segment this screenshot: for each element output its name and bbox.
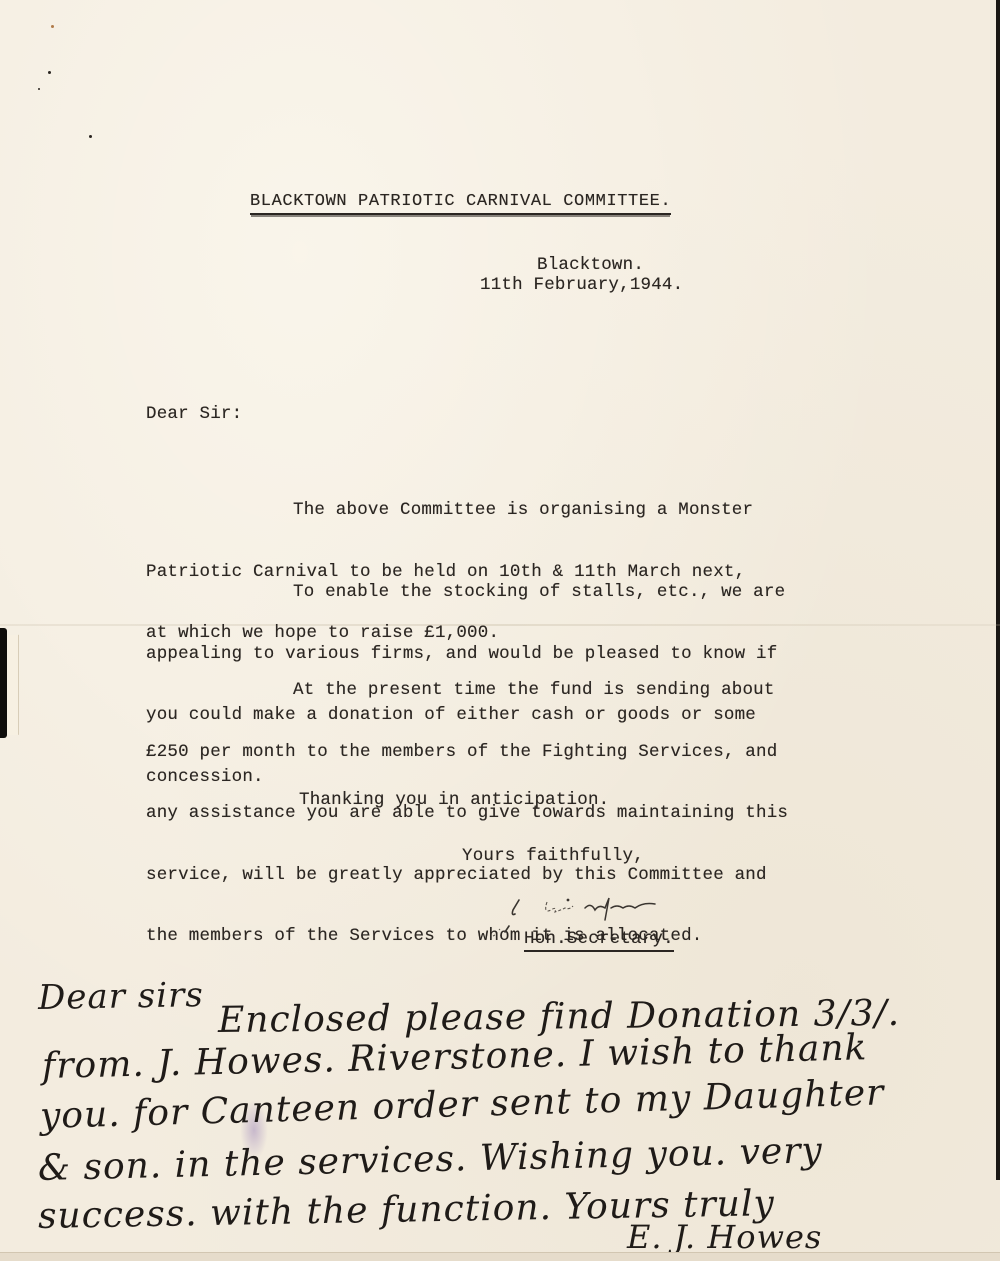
thanks-line: Thanking you in anticipation. bbox=[299, 790, 609, 810]
closing-line: Yours faithfully, bbox=[462, 846, 644, 866]
paper-speck bbox=[51, 25, 54, 28]
paragraph-line: The above Committee is organising a Mons… bbox=[146, 500, 753, 521]
handwritten-line: & son. in the services. Wishing you. ver… bbox=[38, 1130, 824, 1189]
paragraph-line: To enable the stocking of stalls, etc., … bbox=[146, 582, 785, 603]
letter-place: Blacktown. bbox=[537, 255, 644, 275]
paper-speck bbox=[89, 135, 92, 138]
handwritten-signature: E. J. Howes bbox=[627, 1218, 822, 1256]
paper-speck bbox=[38, 88, 40, 90]
letterhead-title: BLACKTOWN PATRIOTIC CARNIVAL COMMITTEE. bbox=[250, 192, 671, 215]
letter-date: 11th February,1944. bbox=[480, 275, 683, 295]
scan-edge-shadow bbox=[996, 0, 1000, 1180]
binding-tab-edge bbox=[7, 635, 19, 735]
binding-tab bbox=[0, 628, 7, 738]
paper-speck bbox=[48, 71, 51, 74]
letter-page: BLACKTOWN PATRIOTIC CARNIVAL COMMITTEE. … bbox=[0, 0, 1000, 1261]
paragraph-line: £250 per month to the members of the Fig… bbox=[146, 742, 788, 763]
paragraph-line: At the present time the fund is sending … bbox=[146, 680, 788, 701]
page-bottom-edge bbox=[0, 1252, 1000, 1261]
salutation: Dear Sir: bbox=[146, 404, 242, 424]
handwritten-line: Dear sirs bbox=[38, 975, 204, 1018]
secretary-role: Hon.Secretary. bbox=[524, 929, 674, 952]
